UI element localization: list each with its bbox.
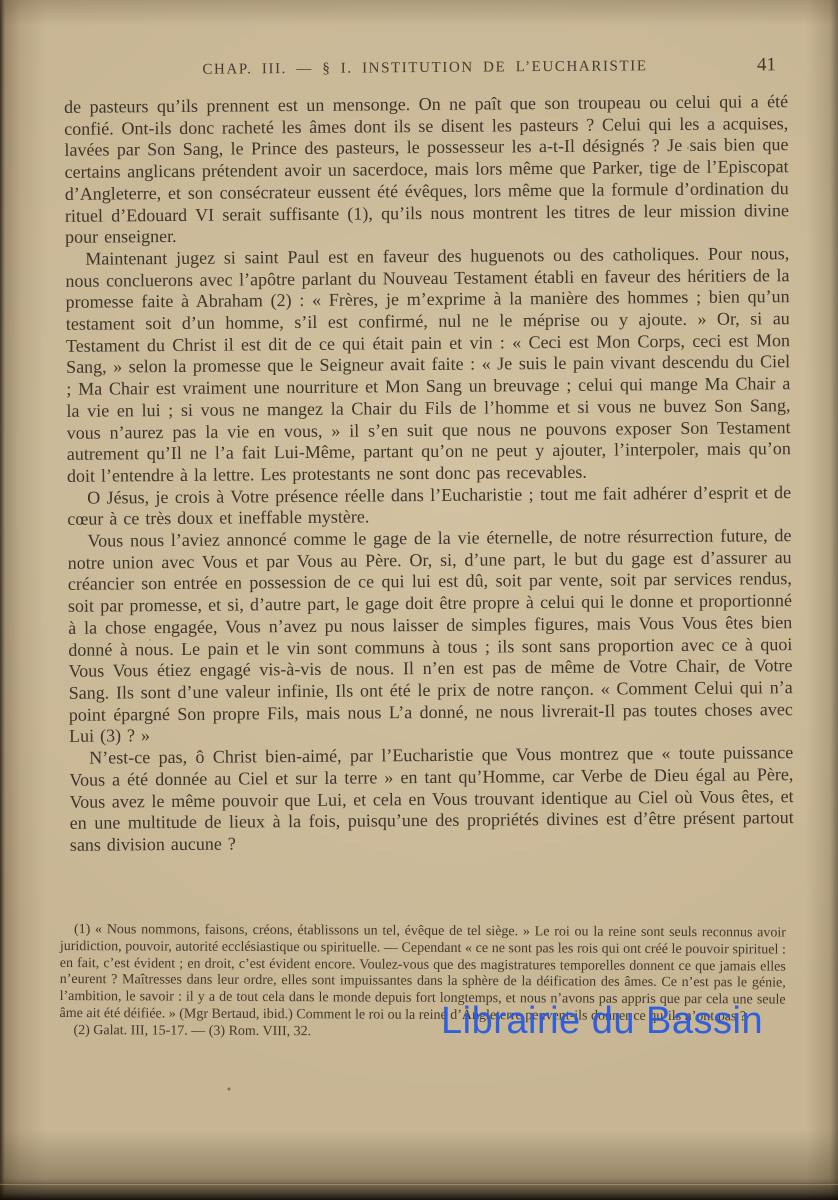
running-header: CHAP. III. — § I. INSTITUTION DE L’EUCHA… <box>64 57 786 80</box>
footnote: (1) « Nous nommons, faisons, créons, éta… <box>60 922 786 1026</box>
footnote: (2) Galat. III, 15-17. — (3) Rom. VIII, … <box>59 1023 785 1043</box>
scanned-book-page: CHAP. III. — § I. INSTITUTION DE L’EUCHA… <box>0 0 838 1200</box>
chapter-heading: CHAP. III. — § I. INSTITUTION DE L’EUCHA… <box>202 58 647 77</box>
page-number: 41 <box>757 54 776 76</box>
body-paragraph: Vous nous l’aviez annoncé comme le gage … <box>67 525 793 748</box>
body-paragraph: Maintenant jugez si saint Paul est en fa… <box>65 243 791 487</box>
page-crease <box>0 1183 838 1186</box>
body-paragraph: N’est-ce pas, ô Christ bien-aimé, par l’… <box>69 742 794 856</box>
body-text: de pasteurs qu’ils prennent est un menso… <box>64 91 794 856</box>
footnotes: (1) « Nous nommons, faisons, créons, éta… <box>59 922 786 1043</box>
body-paragraph: de pasteurs qu’ils prennent est un menso… <box>64 91 789 249</box>
body-paragraph: O Jésus, je crois à Votre présence réell… <box>67 482 791 531</box>
